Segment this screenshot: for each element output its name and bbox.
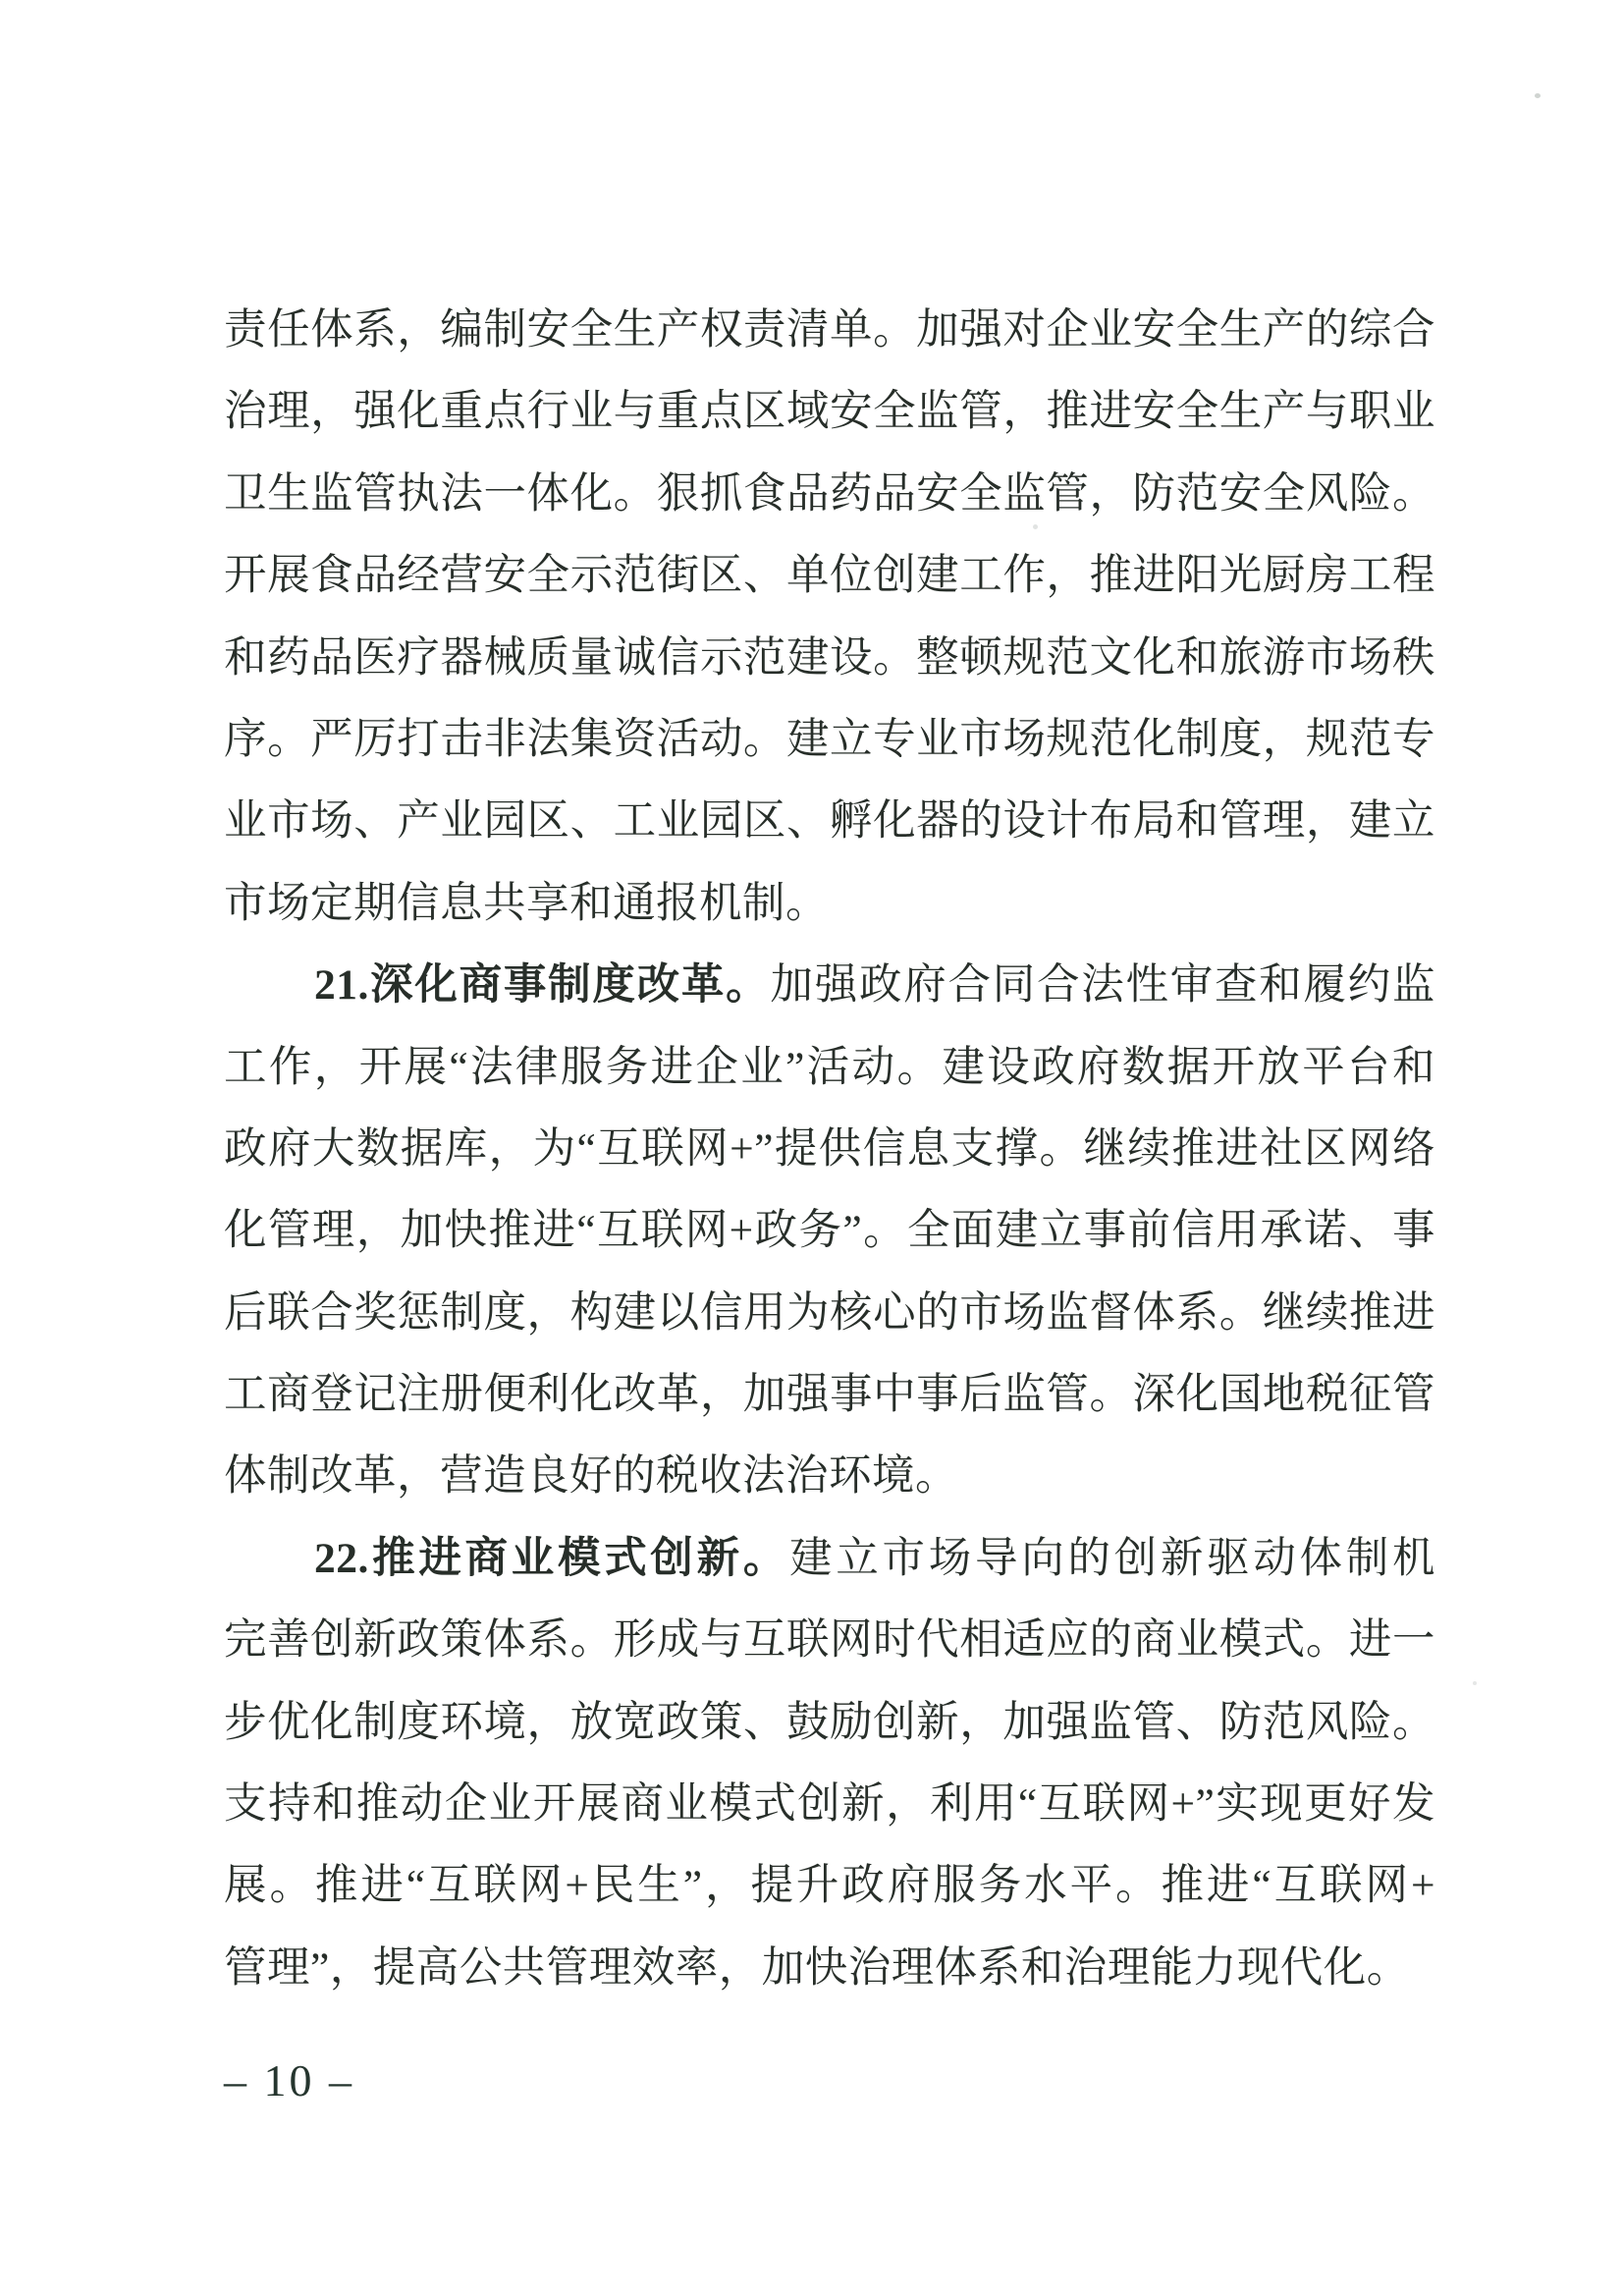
- text-line: 体制改革，营造良好的税收法治环境。: [224, 1436, 1435, 1517]
- scan-artifact: [1473, 1681, 1477, 1685]
- text-line: 业市场、产业园区、工业园区、孵化器的设计布局和管理，建立: [224, 781, 1435, 862]
- text-line: 展。推进“互联网+民生”，提升政府服务水平。推进“互联网+: [224, 1845, 1435, 1927]
- paragraph-continuation: 责任体系，编制安全生产权责清单。加强对企业安全生产的综合 治理，强化重点行业与重…: [224, 290, 1435, 945]
- text-line: 后联合奖惩制度，构建以信用为核心的市场监督体系。继续推进: [224, 1273, 1435, 1354]
- text-line: 化管理，加快推进“互联网+政务”。全面建立事前信用承诺、事: [224, 1190, 1435, 1272]
- text-line: 治理，强化重点行业与重点区域安全监管，推进安全生产与职业: [224, 371, 1435, 453]
- text-line: 支持和推动企业开展商业模式创新，利用“互联网+”实现更好发: [224, 1764, 1435, 1845]
- text-line: 和药品医疗器械质量诚信示范建设。整顿规范文化和旅游市场秩: [224, 618, 1435, 699]
- text-line: 市场定期信息共享和通报机制。: [224, 863, 1435, 945]
- text-line: 21.深化商事制度改革。加强政府合同合法性审查和履约监管: [224, 945, 1435, 1026]
- scan-artifact: [1535, 93, 1541, 98]
- section-22-heading: 22.推进商业模式创新。: [314, 1535, 789, 1582]
- text-line: 卫生监管执法一体化。狠抓食品药品安全监管，防范安全风险。: [224, 454, 1435, 535]
- text-line: 工作，开展“法律服务进企业”活动。建设政府数据开放平台和: [224, 1027, 1435, 1109]
- scan-artifact: [1033, 524, 1038, 529]
- text-line: 序。严厉打击非法集资活动。建立专业市场规范化制度，规范专: [224, 699, 1435, 781]
- body-text: 责任体系，编制安全生产权责清单。加强对企业安全生产的综合 治理，强化重点行业与重…: [224, 290, 1435, 2009]
- text-line: 责任体系，编制安全生产权责清单。加强对企业安全生产的综合: [224, 290, 1435, 371]
- text-line: 步优化制度环境，放宽政策、鼓励创新，加强监管、防范风险。: [224, 1682, 1435, 1764]
- document-page: 责任体系，编制安全生产权责清单。加强对企业安全生产的综合 治理，强化重点行业与重…: [0, 0, 1623, 2296]
- section-21-heading: 21.深化商事制度改革。: [314, 961, 770, 1009]
- text-line: 政府大数据库，为“互联网+”提供信息支撑。继续推进社区网络: [224, 1109, 1435, 1190]
- text-line: 开展食品经营安全示范街区、单位创建工作，推进阳光厨房工程: [224, 535, 1435, 617]
- text-line: 完善创新政策体系。形成与互联网时代相适应的商业模式。进一: [224, 1600, 1435, 1681]
- text-line: 管理”，提高公共管理效率，加快治理体系和治理能力现代化。: [224, 1928, 1435, 2009]
- paragraph-section-21: 21.深化商事制度改革。加强政府合同合法性审查和履约监管 工作，开展“法律服务进…: [224, 945, 1435, 1518]
- paragraph-section-22: 22.推进商业模式创新。建立市场导向的创新驱动体制机制， 完善创新政策体系。形成…: [224, 1518, 1435, 2009]
- text-line: 22.推进商业模式创新。建立市场导向的创新驱动体制机制，: [224, 1518, 1435, 1600]
- text-line: 工商登记注册便利化改革，加强事中事后监管。深化国地税征管: [224, 1354, 1435, 1436]
- page-number: – 10 –: [224, 2056, 354, 2105]
